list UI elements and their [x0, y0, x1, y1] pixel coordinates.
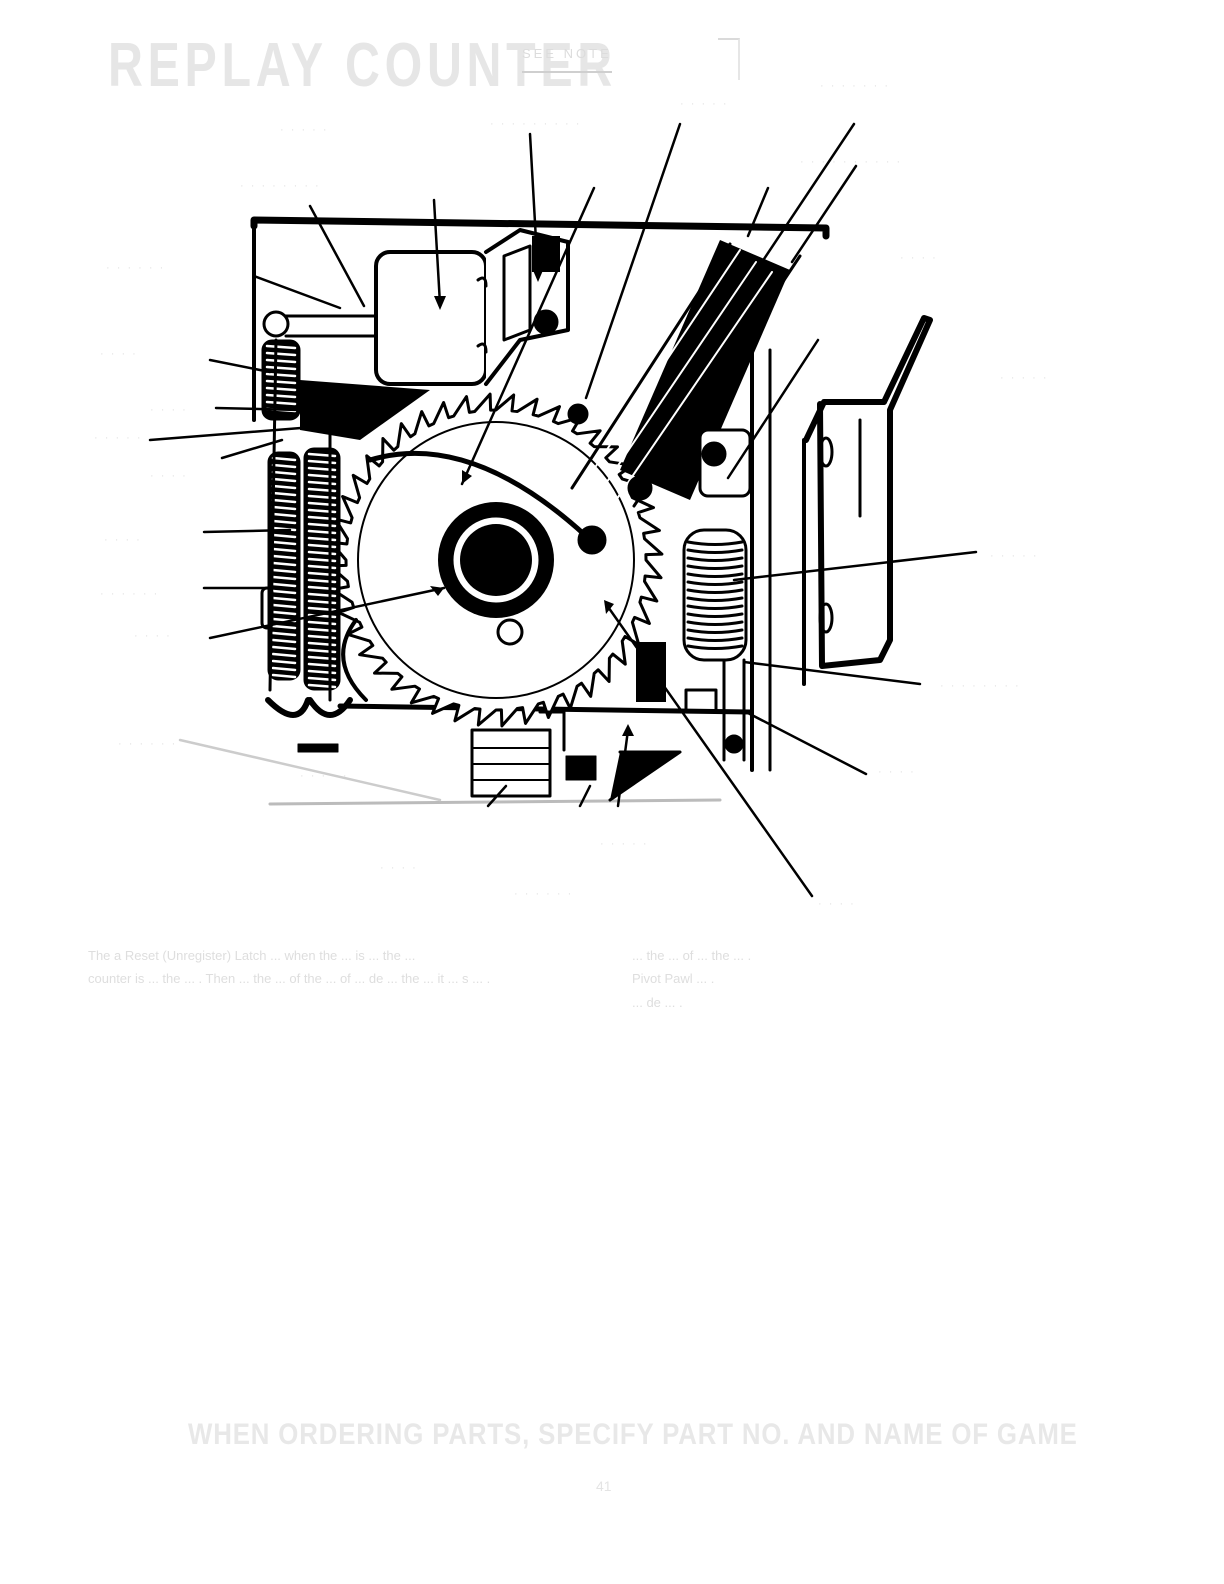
body-right-paragraph-1: ... the ... of ... the ... .: [632, 944, 1108, 967]
ordering-note: WHEN ORDERING PARTS, SPECIFY PART NO. AN…: [188, 1418, 919, 1452]
body-left-paragraph-2: counter is ... the ... . Then ... the ..…: [88, 967, 574, 990]
body-right-paragraph-2: Pivot Pawl ... .: [632, 967, 1108, 990]
body-left-paragraph-1: The a Reset (Unregister) Latch ... when …: [88, 944, 574, 967]
replay-counter-diagram: [0, 0, 1224, 1000]
body-left-column: The a Reset (Unregister) Latch ... when …: [88, 944, 574, 991]
page-number: 41: [596, 1478, 612, 1494]
body-right-paragraph-3: ... de ... .: [632, 991, 1108, 1014]
body-right-column: ... the ... of ... the ... . Pivot Pawl …: [632, 944, 1108, 1014]
